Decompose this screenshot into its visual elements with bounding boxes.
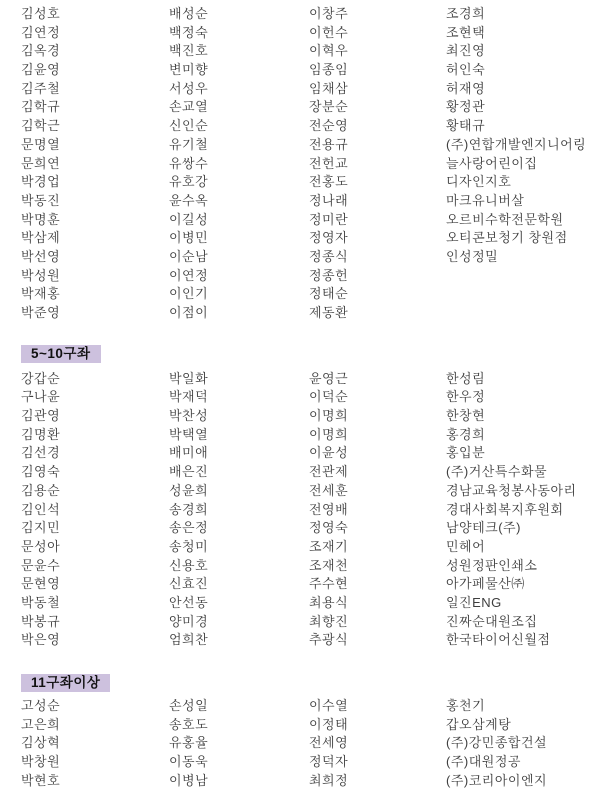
donor-name: 정영자 — [309, 229, 446, 248]
donor-name: 아가페물산㈜ — [446, 575, 590, 594]
donor-name: 배미애 — [169, 444, 309, 463]
donor-name: 윤수옥 — [169, 192, 309, 211]
donor-name: 전영배 — [309, 501, 446, 520]
donor-name: 이윤성 — [309, 444, 446, 463]
donor-name: 디자인지호 — [446, 173, 590, 192]
donor-name: 김주철 — [21, 80, 169, 99]
section-top: 김성호배성순이창주조경희김연정백정숙이헌수조현택김옥경백진호이혁우최진영김윤영변… — [21, 5, 590, 323]
donor-name: 김용순 — [21, 482, 169, 501]
donor-name: 제동환 — [309, 304, 446, 323]
donor-name: 정영숙 — [309, 519, 446, 538]
donor-name: 김학규 — [21, 98, 169, 117]
donor-name: 양미경 — [169, 613, 309, 632]
donor-name: 정덕자 — [309, 753, 446, 772]
section-5-10: 5~10구좌강갑순박일화윤영근한성림구나윤박재덕이덕순한우정김관영박찬성이명희한… — [21, 323, 590, 650]
donor-name: 신용호 — [169, 557, 309, 576]
donor-name: 최용식 — [309, 594, 446, 613]
donor-name: 배은진 — [169, 463, 309, 482]
donor-name: 일진ENG — [446, 594, 590, 613]
donor-name: 서성우 — [169, 80, 309, 99]
donor-name: (주)연합개발엔지니어링 — [446, 136, 590, 155]
donor-name: 문윤수 — [21, 557, 169, 576]
donor-name: 최희정 — [309, 772, 446, 791]
donor-name: 정종헌 — [309, 267, 446, 286]
donor-name: 김명환 — [21, 426, 169, 445]
donor-name: 남양테크(주) — [446, 519, 590, 538]
donor-name: 배성순 — [169, 5, 309, 24]
donor-name: 안선동 — [169, 594, 309, 613]
donor-name: 박은영 — [21, 631, 169, 650]
donor-name: 박경업 — [21, 173, 169, 192]
donor-name: 늘사랑어린이집 — [446, 155, 590, 174]
donor-name: 오티콘보청기 창원점 — [446, 229, 590, 248]
donor-name: 송청미 — [169, 538, 309, 557]
donor-name: 황태규 — [446, 117, 590, 136]
donor-name: 김관영 — [21, 407, 169, 426]
donor-name: 김연정 — [21, 24, 169, 43]
donor-name: 추광식 — [309, 631, 446, 650]
donor-name: 진짜순대원조집 — [446, 613, 590, 632]
donor-name: 손교열 — [169, 98, 309, 117]
donor-name: 한국타이어신월점 — [446, 631, 590, 650]
donor-name: 조경희 — [446, 5, 590, 24]
donor-name: 문희연 — [21, 155, 169, 174]
donor-name: 성윤희 — [169, 482, 309, 501]
donor-name: 이길성 — [169, 211, 309, 230]
donor-name: 박삼제 — [21, 229, 169, 248]
donor-name: 전세훈 — [309, 482, 446, 501]
donor-name: 유호강 — [169, 173, 309, 192]
donor-name: 홍경희 — [446, 426, 590, 445]
donor-name: 김인석 — [21, 501, 169, 520]
donor-name: 윤영근 — [309, 370, 446, 389]
donor-name: 박봉규 — [21, 613, 169, 632]
donor-name: 박동진 — [21, 192, 169, 211]
donor-name: 박명훈 — [21, 211, 169, 230]
section-header-section-5-10: 5~10구좌 — [21, 345, 101, 363]
donor-name: 박선영 — [21, 248, 169, 267]
donor-name: 조재기 — [309, 538, 446, 557]
donor-name: 한창현 — [446, 407, 590, 426]
donor-name: 정태순 — [309, 285, 446, 304]
name-grid-section-5-10: 강갑순박일화윤영근한성림구나윤박재덕이덕순한우정김관영박찬성이명희한창현김명환박… — [21, 370, 590, 650]
donor-name: 박동철 — [21, 594, 169, 613]
donor-name: 송은정 — [169, 519, 309, 538]
donor-name: 박재홍 — [21, 285, 169, 304]
donor-name: 전용규 — [309, 136, 446, 155]
donor-name: 마크유니버살 — [446, 192, 590, 211]
donor-name: 홍천기 — [446, 697, 590, 716]
donor-name: 박성원 — [21, 267, 169, 286]
donor-name: 박일화 — [169, 370, 309, 389]
donor-name: 고은희 — [21, 716, 169, 735]
donor-name: 이명희 — [309, 407, 446, 426]
donor-name: 김지민 — [21, 519, 169, 538]
donor-sections: 김성호배성순이창주조경희김연정백정숙이헌수조현택김옥경백진호이혁우최진영김윤영변… — [21, 5, 590, 790]
donor-name: 황정관 — [446, 98, 590, 117]
donor-name: 박현호 — [21, 772, 169, 791]
donor-name: 변미향 — [169, 61, 309, 80]
donor-name: 김윤영 — [21, 61, 169, 80]
donor-name: 김선경 — [21, 444, 169, 463]
donor-name: 임종임 — [309, 61, 446, 80]
empty-cell — [446, 304, 590, 323]
donor-name: 유홍율 — [169, 734, 309, 753]
donor-name: 임채삼 — [309, 80, 446, 99]
donor-name: 장분순 — [309, 98, 446, 117]
donor-name: 구나윤 — [21, 388, 169, 407]
donor-name: 김상혁 — [21, 734, 169, 753]
donor-name: 조현택 — [446, 24, 590, 43]
donor-name: 강갑순 — [21, 370, 169, 389]
donor-name: 갑오삼계탕 — [446, 716, 590, 735]
donor-name: 손성일 — [169, 697, 309, 716]
donor-name: (주)대원정공 — [446, 753, 590, 772]
donor-name: 김성호 — [21, 5, 169, 24]
donor-name: 이혁우 — [309, 42, 446, 61]
donor-name: 전홍도 — [309, 173, 446, 192]
donor-name: 박준영 — [21, 304, 169, 323]
donor-list-page: 김성호배성순이창주조경희김연정백정숙이헌수조현택김옥경백진호이혁우최진영김윤영변… — [0, 0, 600, 798]
donor-name: 신인순 — [169, 117, 309, 136]
donor-name: 이수열 — [309, 697, 446, 716]
donor-name: 이연정 — [169, 267, 309, 286]
donor-name: 허인숙 — [446, 61, 590, 80]
donor-name: 인성정밀 — [446, 248, 590, 267]
donor-name: 고성순 — [21, 697, 169, 716]
donor-name: 이인기 — [169, 285, 309, 304]
donor-name: 박창원 — [21, 753, 169, 772]
donor-name: 경대사회복지후원회 — [446, 501, 590, 520]
donor-name: 한우정 — [446, 388, 590, 407]
donor-name: 이순남 — [169, 248, 309, 267]
donor-name: 이정태 — [309, 716, 446, 735]
donor-name: 이덕순 — [309, 388, 446, 407]
donor-name: 김옥경 — [21, 42, 169, 61]
donor-name: 조재천 — [309, 557, 446, 576]
donor-name: 이병남 — [169, 772, 309, 791]
donor-name: 이창주 — [309, 5, 446, 24]
donor-name: 송경희 — [169, 501, 309, 520]
donor-name: 박택열 — [169, 426, 309, 445]
donor-name: 한성림 — [446, 370, 590, 389]
donor-name: 정미란 — [309, 211, 446, 230]
donor-name: (주)코리아이엔지 — [446, 772, 590, 791]
donor-name: (주)강민종합건설 — [446, 734, 590, 753]
donor-name: 박재덕 — [169, 388, 309, 407]
donor-name: 송호도 — [169, 716, 309, 735]
empty-cell — [446, 267, 590, 286]
donor-name: 유쌍수 — [169, 155, 309, 174]
donor-name: 이헌수 — [309, 24, 446, 43]
donor-name: 이동욱 — [169, 753, 309, 772]
donor-name: 엄희찬 — [169, 631, 309, 650]
donor-name: 전관제 — [309, 463, 446, 482]
donor-name: (주)거산특수화물 — [446, 463, 590, 482]
donor-name: 문명열 — [21, 136, 169, 155]
name-grid-section-top: 김성호배성순이창주조경희김연정백정숙이헌수조현택김옥경백진호이혁우최진영김윤영변… — [21, 5, 590, 323]
donor-name: 박찬성 — [169, 407, 309, 426]
donor-name: 백정숙 — [169, 24, 309, 43]
donor-name: 허재영 — [446, 80, 590, 99]
donor-name: 경남교육청봉사동아리 — [446, 482, 590, 501]
donor-name: 전순영 — [309, 117, 446, 136]
donor-name: 백진호 — [169, 42, 309, 61]
donor-name: 유기철 — [169, 136, 309, 155]
donor-name: 민헤어 — [446, 538, 590, 557]
empty-cell — [446, 285, 590, 304]
donor-name: 최진영 — [446, 42, 590, 61]
donor-name: 홍입분 — [446, 444, 590, 463]
section-11-plus: 11구좌이상고성순손성일이수열홍천기고은희송호도이정태갑오삼계탕김상혁유홍율전세… — [21, 650, 590, 790]
donor-name: 전세영 — [309, 734, 446, 753]
donor-name: 전헌교 — [309, 155, 446, 174]
name-grid-section-11-plus: 고성순손성일이수열홍천기고은희송호도이정태갑오삼계탕김상혁유홍율전세영(주)강민… — [21, 697, 590, 790]
donor-name: 최향진 — [309, 613, 446, 632]
donor-name: 김학근 — [21, 117, 169, 136]
donor-name: 성원정판인쇄소 — [446, 557, 590, 576]
donor-name: 오르비수학전문학원 — [446, 211, 590, 230]
donor-name: 이명희 — [309, 426, 446, 445]
donor-name: 정종식 — [309, 248, 446, 267]
section-header-section-11-plus: 11구좌이상 — [21, 674, 110, 692]
donor-name: 이점이 — [169, 304, 309, 323]
donor-name: 문현영 — [21, 575, 169, 594]
donor-name: 문성아 — [21, 538, 169, 557]
donor-name: 김영숙 — [21, 463, 169, 482]
donor-name: 정나래 — [309, 192, 446, 211]
donor-name: 이병민 — [169, 229, 309, 248]
donor-name: 주수현 — [309, 575, 446, 594]
donor-name: 신효진 — [169, 575, 309, 594]
